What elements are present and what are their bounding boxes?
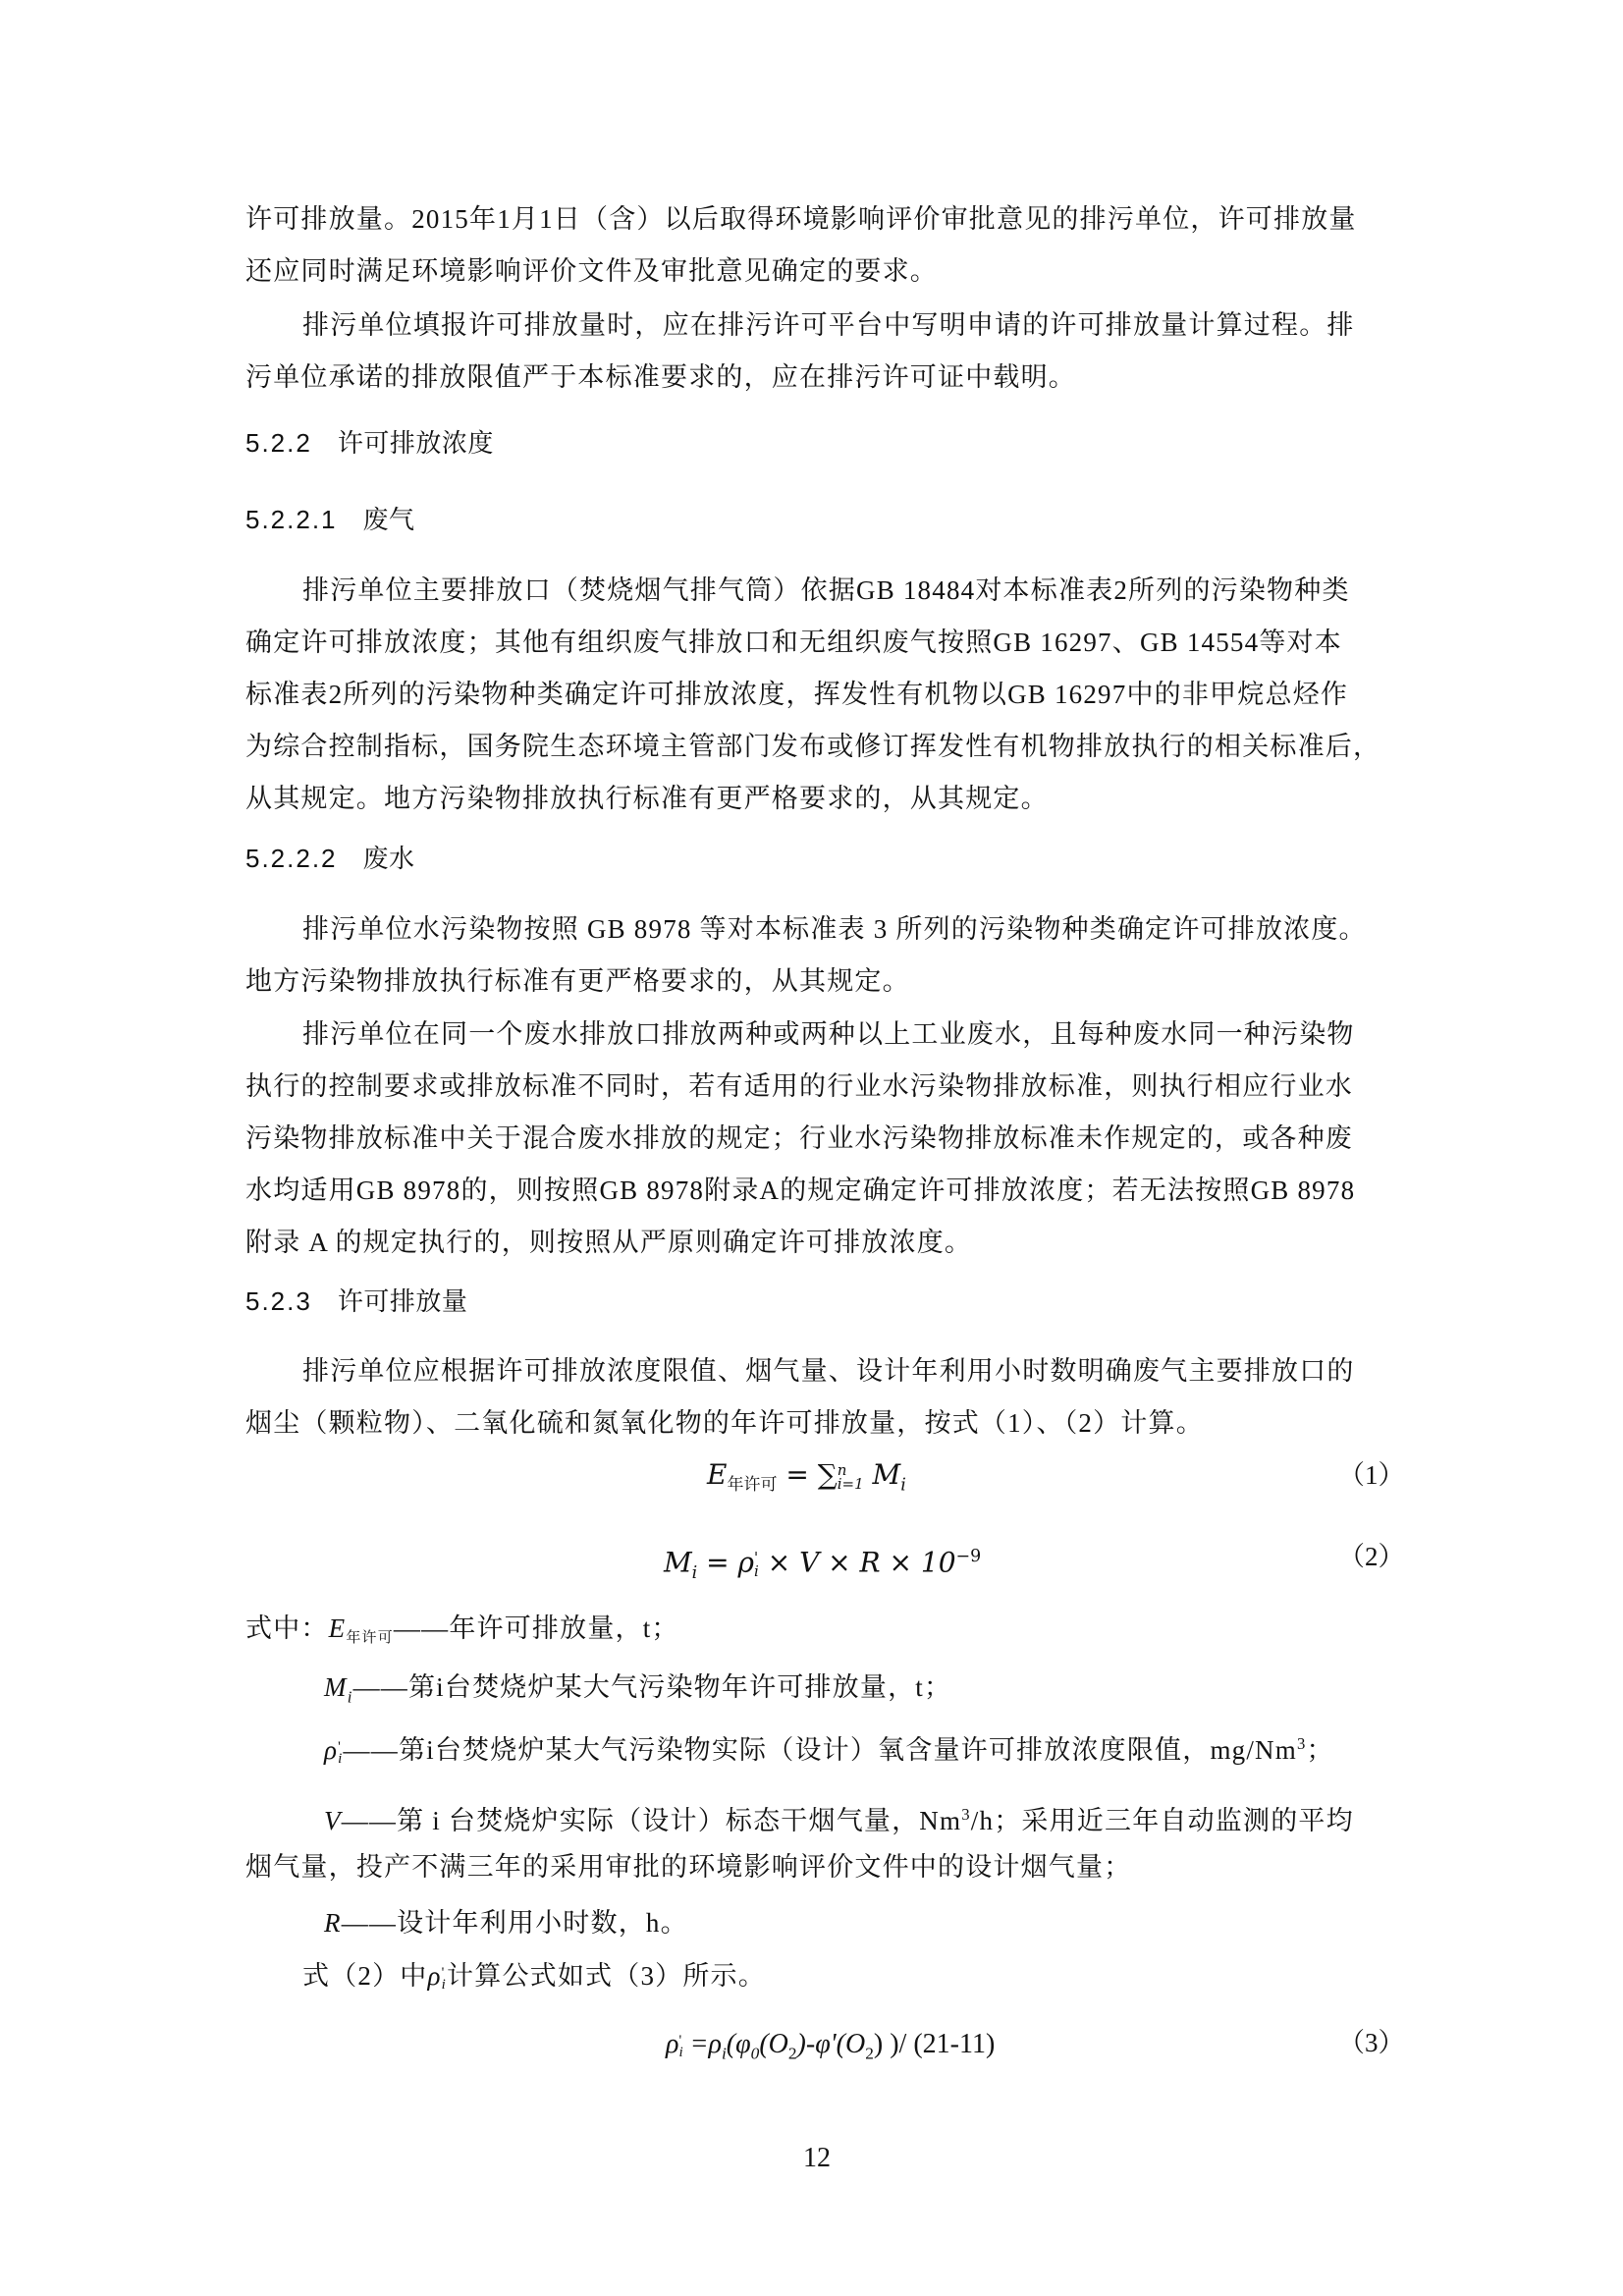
formula-number-2: （2） (1338, 1537, 1405, 1576)
paragraph-line: 确定许可排放浓度；其他有组织废气排放口和无组织废气按照GB 16297、GB 1… (245, 625, 1342, 660)
definition-V-continued: 烟气量，投产不满三年的采用审批的环境影响评价文件中的设计烟气量； (245, 1849, 1131, 1885)
paragraph-line: 标准表2所列的污染物种类确定许可排放浓度，挥发性有机物以GB 16297中的非甲… (245, 677, 1348, 712)
paragraph-line: 排污单位水污染物按照 GB 8978 等对本标准表 3 所列的污染物种类确定许可… (302, 911, 1367, 947)
section-heading-5-2-2-2: 5.2.2.2废水 (245, 841, 415, 876)
formula-2: Mi = ρ'i × V × R × 10−9 (664, 1537, 981, 1593)
definition-V: V——第 i 台焚烧炉实际（设计）标态干烟气量，Nm3/h；采用近三年自动监测的… (324, 1797, 1354, 1838)
paragraph-line: 排污单位填报许可排放量时，应在排污许可平台中写明申请的许可排放量计算过程。排 (302, 307, 1355, 343)
definition-M: Mi——第i台焚烧炉某大气污染物年许可排放量，t； (324, 1669, 951, 1715)
page-number: 12 (803, 2143, 831, 2174)
paragraph-line: 排污单位主要排放口（焚烧烟气排气筒）依据GB 18484对本标准表2所列的污染物… (302, 573, 1350, 608)
section-title: 废气 (363, 505, 415, 534)
formula-number-1: （1） (1338, 1455, 1405, 1495)
definition-R: R——设计年利用小时数，h。 (324, 1905, 688, 1941)
section-title: 许可排放浓度 (338, 428, 494, 458)
formula-3: ρ'i =ρi(φ0(O2)-φ'(O2) )/ (21-11) (666, 2025, 995, 2074)
formula-1: E年许可 = ∑ni=1 Mi (707, 1455, 906, 1505)
section-heading-5-2-3: 5.2.3许可排放量 (245, 1284, 467, 1319)
section-title: 许可排放量 (338, 1286, 468, 1316)
document-page: 许可排放量。2015年1月1日（含）以后取得环境影响评价审批意见的排污单位，许可… (0, 0, 1623, 2296)
paragraph-line: 污染物排放标准中关于混合废水排放的规定；行业水污染物排放标准未作规定的，或各种废 (245, 1121, 1353, 1156)
paragraph-line: 执行的控制要求或排放标准不同时，若有适用的行业水污染物排放标准，则执行相应行业水 (245, 1068, 1353, 1104)
paragraph-line: 排污单位在同一个废水排放口排放两种或两种以上工业废水，且每种废水同一种污染物 (302, 1016, 1355, 1052)
section-title: 废水 (363, 844, 415, 873)
paragraph-line: 烟尘（颗粒物）、二氧化硫和氮氧化物的年许可排放量，按式（1）、（2）计算。 (245, 1405, 1204, 1441)
paragraph-line: 从其规定。地方污染物排放执行标准有更严格要求的，从其规定。 (245, 781, 1049, 816)
paragraph-line: 水均适用GB 8978的，则按照GB 8978附录A的规定确定许可排放浓度；若无… (245, 1173, 1355, 1208)
section-number: 5.2.2 (245, 425, 312, 461)
section-heading-5-2-2: 5.2.2许可排放浓度 (245, 425, 494, 461)
paragraph-line: 附录 A 的规定执行的，则按照从严原则确定许可排放浓度。 (245, 1225, 972, 1260)
definition-E: 式中：E年许可——年许可排放量，t； (245, 1611, 679, 1656)
formula-3-intro: 式（2）中ρ'i计算公式如式（3）所示。 (302, 1958, 766, 1994)
section-heading-5-2-2-1: 5.2.2.1废气 (245, 502, 415, 537)
paragraph-line: 许可排放量。2015年1月1日（含）以后取得环境影响评价审批意见的排污单位，许可… (245, 201, 1357, 237)
section-number: 5.2.2.1 (245, 502, 338, 537)
definition-rho: ρ'i——第i台焚烧炉某大气污染物实际（设计）氧含量许可排放浓度限值，mg/Nm… (324, 1726, 1334, 1768)
paragraph-line: 排污单位应根据许可排放浓度限值、烟气量、设计年利用小时数明确废气主要排放口的 (302, 1353, 1355, 1389)
formula-number-3: （3） (1338, 2023, 1405, 2062)
paragraph-line: 还应同时满足环境影响评价文件及审批意见确定的要求。 (245, 253, 938, 289)
section-number: 5.2.3 (245, 1284, 312, 1319)
paragraph-line: 为综合控制指标，国务院生态环境主管部门发布或修订挥发性有机物排放执行的相关标准后… (245, 729, 1380, 764)
paragraph-line: 地方污染物排放执行标准有更严格要求的，从其规定。 (245, 963, 910, 999)
section-number: 5.2.2.2 (245, 841, 338, 876)
paragraph-line: 污单位承诺的排放限值严于本标准要求的，应在排污许可证中载明。 (245, 359, 1076, 395)
